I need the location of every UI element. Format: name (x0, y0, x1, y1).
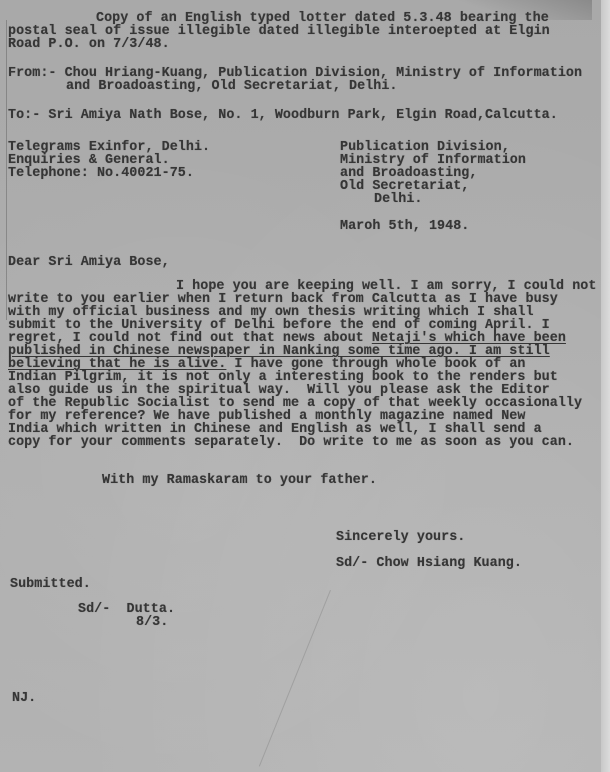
header-note-line-3: Road P.O. on 7/3/48. (8, 38, 170, 51)
closing: Sincerely yours. (336, 531, 465, 544)
submitted-date: 8/3. (136, 616, 168, 629)
to-line: To:- Sri Amiya Nath Bose, No. 1, Woodbur… (8, 109, 558, 122)
body-line-13: copy for your comments separately. Do wr… (8, 436, 574, 449)
submitted-label: Submitted. (10, 578, 91, 591)
signature: Sd/- Chow Hsiang Kuang. (336, 557, 522, 570)
regards-line: With my Ramaskaram to your father. (102, 474, 377, 487)
from-line-2: and Broadoasting, Old Secretariat, Delhi… (66, 80, 398, 93)
initials: NJ. (12, 692, 36, 705)
paper-crease (259, 590, 331, 767)
margin-mark (6, 20, 7, 320)
letterhead-telephone: Telephone: No.40021-75. (8, 167, 194, 180)
scan-edge (601, 0, 610, 772)
letter-date: Maroh 5th, 1948. (340, 220, 469, 233)
letterhead-city: Delhi. (374, 193, 423, 206)
salutation: Dear Sri Amiya Bose, (8, 256, 170, 269)
document-page: Copy of an English typed lotter dated 5.… (0, 0, 601, 772)
